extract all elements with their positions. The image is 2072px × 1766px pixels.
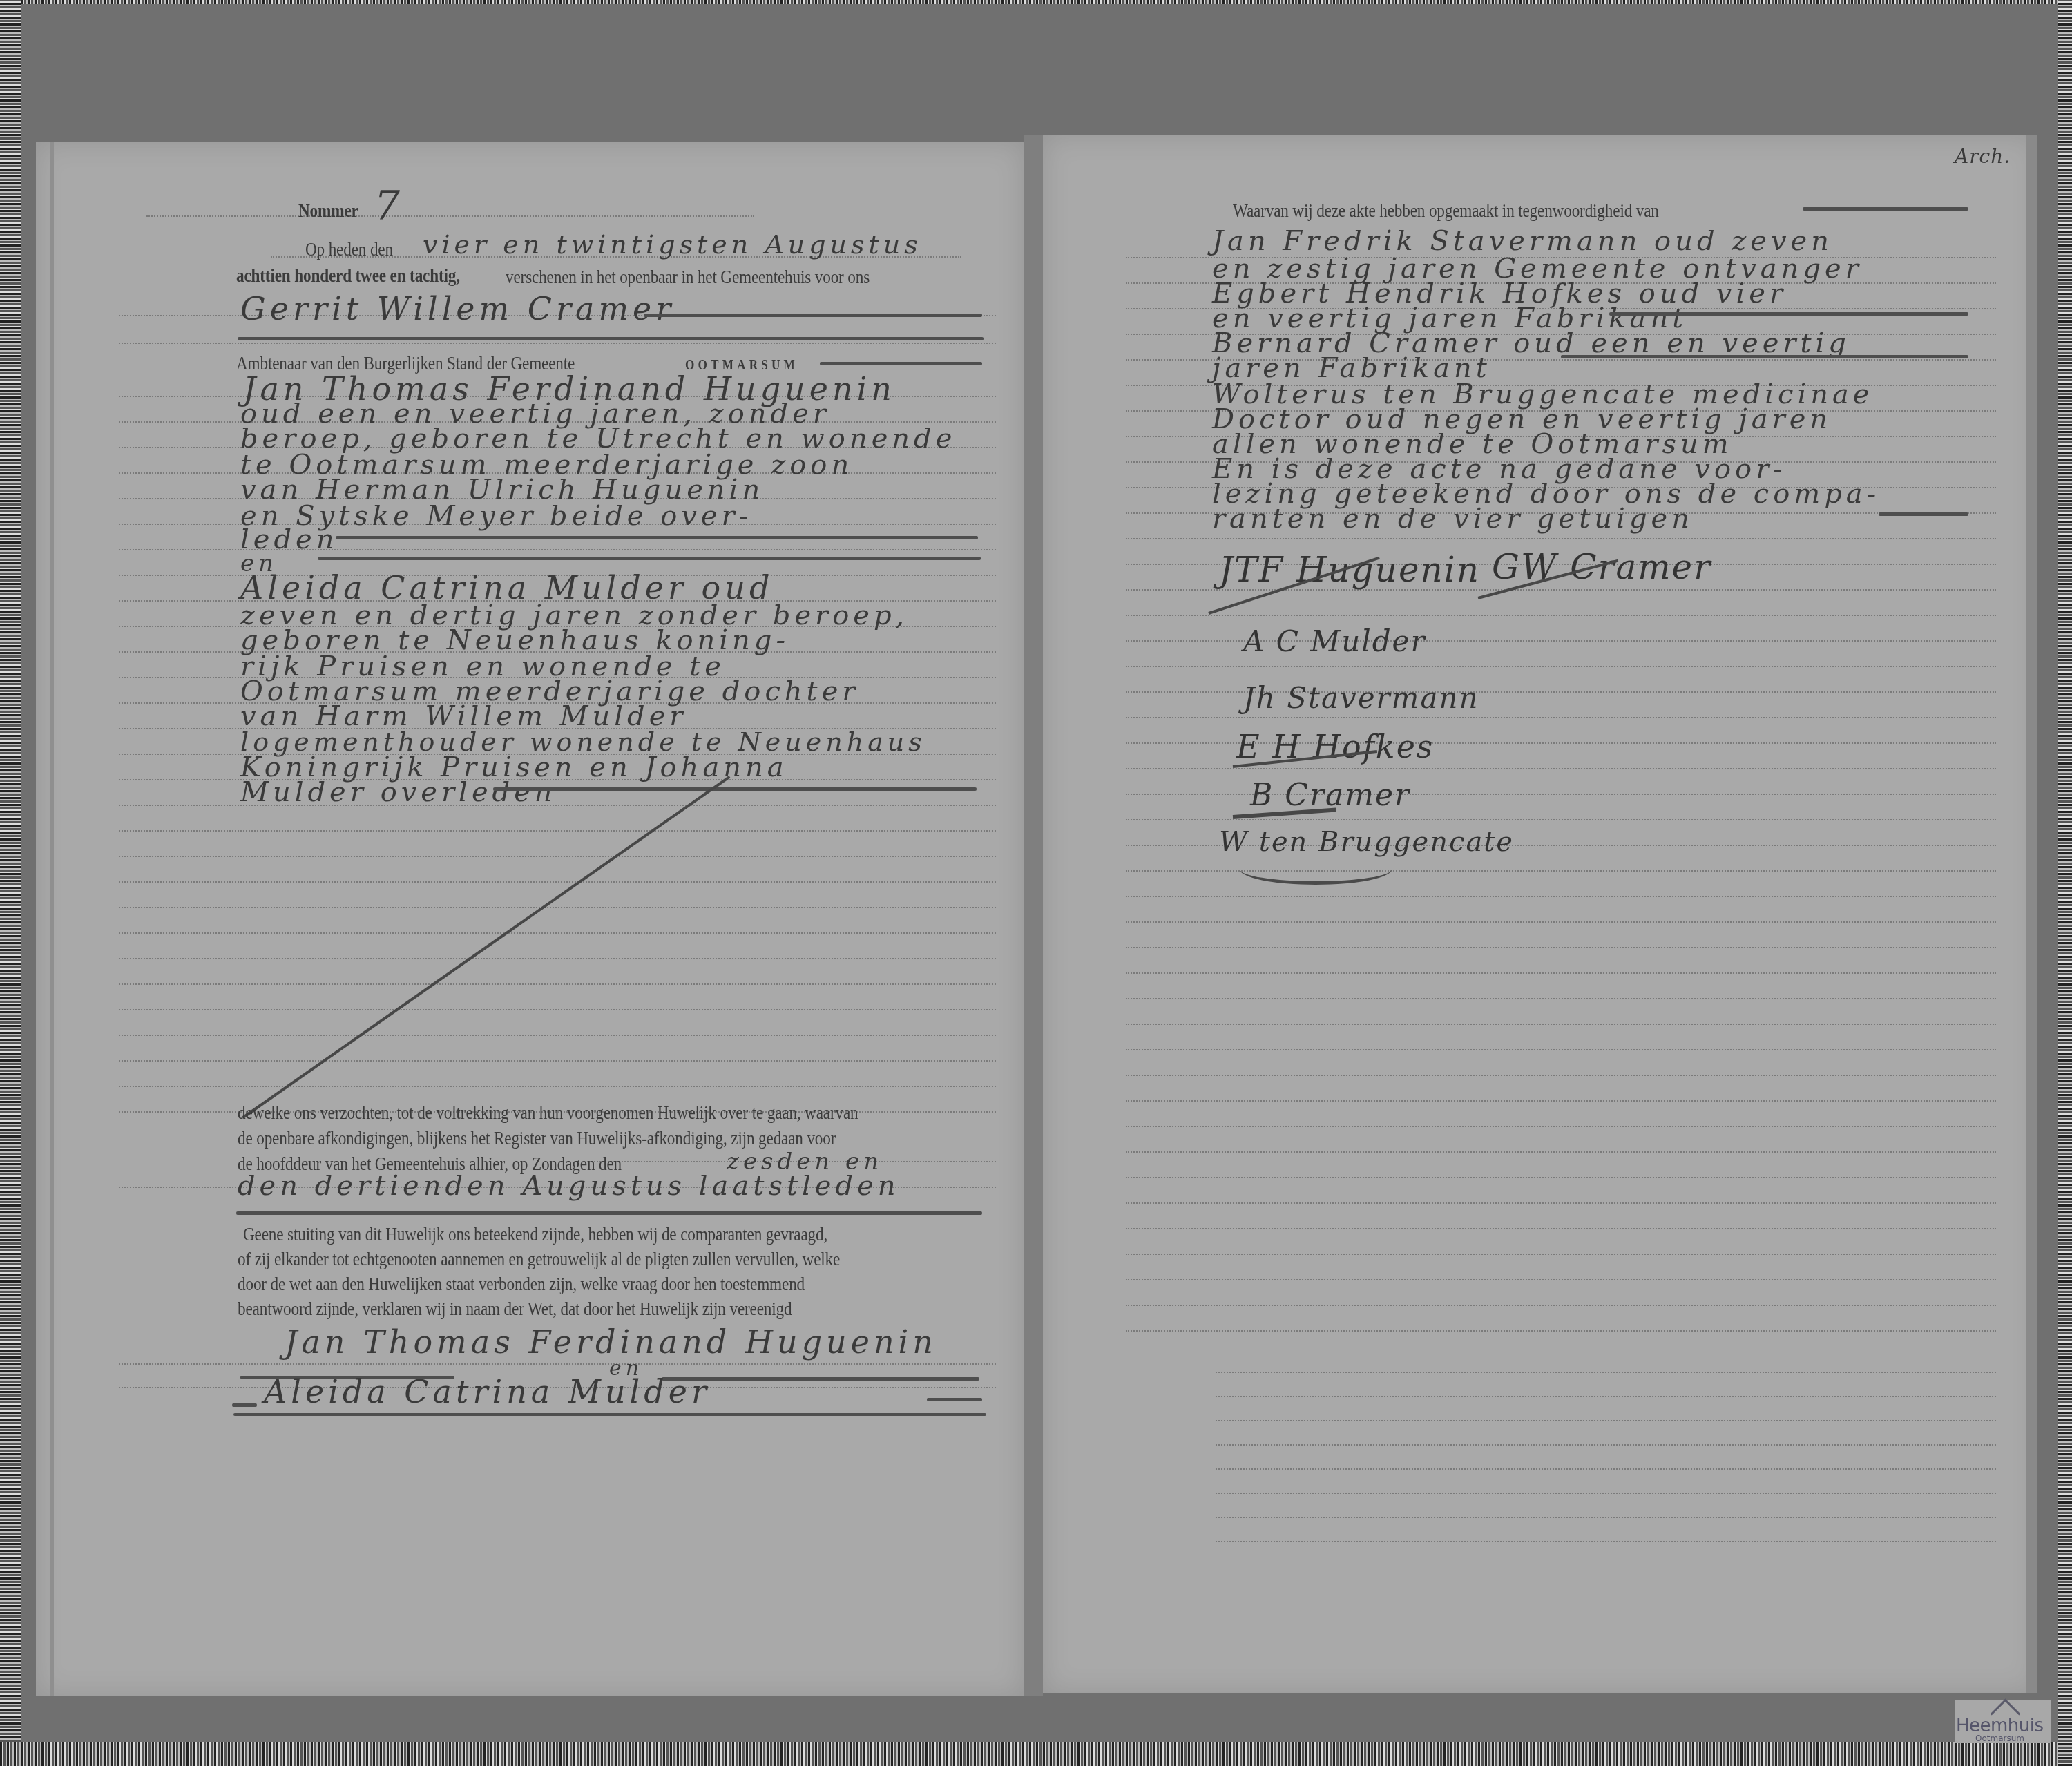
declaration-line: door de wet aan den Huwelijken staat ver… [238, 1274, 805, 1295]
united-groom: Jan Thomas Ferdinand Huguenin [285, 1323, 937, 1361]
scan-noise-bottom [0, 1742, 2072, 1766]
ruled-line [1126, 1049, 1996, 1050]
ruled-line [1126, 896, 1996, 897]
fill-rule [1879, 512, 1968, 516]
record-number-label: Nommer [298, 200, 358, 222]
ruled-line [1126, 538, 1996, 539]
book-gutter [1024, 135, 1043, 1696]
ruled-line [1126, 1228, 1996, 1229]
signature-witness: E H Hofkes [1236, 728, 1434, 765]
left-page: Nommer 7 Op heden den vier en twintigste… [36, 142, 1024, 1696]
fill-rule [1803, 207, 1968, 211]
ruled-line [1126, 819, 1996, 820]
signature-official: GW Cramer [1492, 547, 1711, 587]
ruled-line [1126, 1305, 1996, 1306]
united-bride: Aleida Catrina Mulder [264, 1373, 711, 1410]
ruled-line [1126, 666, 1996, 667]
ruled-line [1126, 1075, 1996, 1076]
ruled-line [1216, 1444, 1996, 1446]
ruled-line [1216, 1372, 1996, 1373]
ruled-line [1126, 1202, 1996, 1204]
declaration-line: Geene stuiting van dit Huwelijk ons bete… [243, 1224, 827, 1245]
fill-rule [1609, 312, 1968, 316]
fill-rule [820, 362, 982, 365]
margin-rule [50, 142, 54, 1696]
fill-rule [236, 1211, 982, 1215]
fill-rule [232, 1403, 257, 1407]
ruled-line [1126, 921, 1996, 923]
cancellation-stroke [242, 776, 731, 1119]
heemhuis-logo: Heemhuis Ootmarsum [1955, 1700, 2051, 1743]
ruled-line [1216, 1468, 1996, 1470]
ruled-line [1126, 1151, 1996, 1153]
official-name: Gerrit Willem Cramer [240, 290, 675, 327]
ruled-line [1126, 972, 1996, 974]
fill-rule [493, 787, 977, 791]
record-number-value: 7 [374, 182, 404, 229]
ruled-line [1126, 1177, 1996, 1178]
request-line: de openbare afkondigingen, blijkens het … [238, 1128, 836, 1149]
fill-rule [644, 314, 982, 317]
declaration-line: beantwoord zijnde, verklaren wij in naam… [238, 1298, 792, 1320]
signature-flourish [1240, 854, 1392, 885]
ruled-line [119, 958, 996, 959]
ruled-line [119, 1035, 996, 1036]
ruled-line [119, 1086, 996, 1087]
logo-sub: Ootmarsum [1975, 1734, 2024, 1743]
ruled-line [1126, 1279, 1996, 1280]
ruled-line [119, 343, 996, 344]
closing-rule [233, 1413, 986, 1416]
ruled-line [1126, 615, 1996, 616]
ruled-line [1216, 1420, 1996, 1421]
fill-rule [238, 337, 984, 340]
appearance-text: verschenen in het openbaar in het Gemeen… [506, 267, 870, 288]
ruled-line [146, 215, 754, 217]
ruled-line [1126, 947, 1996, 948]
declaration-line: of zij elkander tot echtgenooten aanneme… [238, 1249, 840, 1270]
year-printed: achttien honderd twee en tachtig, [236, 265, 460, 287]
fill-rule [336, 536, 978, 539]
ruled-line [1216, 1517, 1996, 1518]
scan-noise-right [2058, 0, 2072, 1766]
fill-rule [1561, 355, 1968, 358]
ruled-line [1126, 1126, 1996, 1127]
ruled-line [119, 1060, 996, 1062]
right-page: Arch. Waarvan wij deze akte hebben op [1043, 135, 2037, 1693]
date-intro: Op heden den [305, 239, 393, 260]
marriage-date-handwritten: vier en twintigsten Augustus [423, 229, 922, 260]
ruled-line [119, 1009, 996, 1010]
witness-intro: Waarvan wij deze akte hebben opgemaakt i… [1233, 200, 1659, 222]
ruled-line [119, 1363, 996, 1365]
ruled-line [1126, 1100, 1996, 1102]
fill-rule [318, 557, 981, 560]
ruled-line [119, 983, 996, 985]
ruled-line [1216, 1541, 1996, 1542]
bride-line: Mulder overleden [240, 776, 557, 808]
ruled-line [1126, 1024, 1996, 1025]
ruled-line [1126, 1254, 1996, 1255]
ruled-line [119, 856, 996, 857]
signature-witness: Jh Stavermann [1243, 681, 1479, 715]
scan-noise-left [0, 0, 21, 1766]
fill-rule [927, 1398, 982, 1401]
ruled-line [119, 907, 996, 908]
ruled-line [1126, 1330, 1996, 1332]
request-line: dewelke ons verzochten, tot de voltrekki… [238, 1102, 858, 1124]
ruled-line [119, 932, 996, 934]
signature-groom: JTF Huguenin [1219, 550, 1480, 590]
ruled-line [119, 830, 996, 832]
page-edge [2026, 135, 2037, 1693]
ruled-line [1216, 1396, 1996, 1397]
witness-line: ranten en de vier getuigen [1212, 503, 1694, 535]
ruled-line [1126, 768, 1996, 769]
ruled-line [1216, 1493, 1996, 1494]
ruled-line [119, 881, 996, 883]
ruled-line [1126, 717, 1996, 718]
signature-bride: A C Mulder [1243, 624, 1426, 658]
corner-archive-mark: Arch. [1955, 145, 2011, 168]
proclamation-date: den dertienden Augustus laatstleden [238, 1170, 900, 1202]
ruled-line [1126, 998, 1996, 999]
